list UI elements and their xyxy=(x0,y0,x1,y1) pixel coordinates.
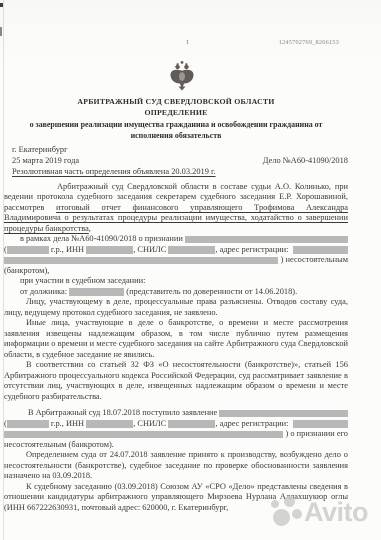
paragraph-rights-explained: Лицу, участвующему в деле, процессуальны… xyxy=(4,297,348,318)
avito-wordmark: Avito xyxy=(304,496,368,529)
redacted-inn-block xyxy=(86,246,133,254)
paragraph-article-32: В соответствии со статьей 32 ФЗ «О несос… xyxy=(4,360,348,402)
paragraph-text: , xyxy=(89,224,91,233)
participation-line: при участии в судебном заседании: xyxy=(4,276,348,287)
application-caption-line: В Арбитражный суд 18.07.2018 поступило з… xyxy=(4,408,348,419)
caption-text: г.р., ИНН xyxy=(49,245,86,256)
redacted-name-block xyxy=(185,236,348,244)
case-caption-line: ) несостоятельным xyxy=(4,255,348,266)
redacted-address-block xyxy=(293,420,348,428)
resolution-line: Резолютивная часть определения объявлена… xyxy=(4,166,348,177)
caption-text: г.р., ИНН xyxy=(49,419,86,430)
page-number: 1 xyxy=(186,39,189,46)
caption-text: от должника: xyxy=(20,287,69,298)
document-id: 1245702769_8266153 xyxy=(279,39,339,46)
caption-text: , адрес регистрации: xyxy=(215,419,290,430)
application-caption-line: ) о признании его xyxy=(4,429,348,440)
caption-text: В Арбитражный суд 18.07.2018 поступило з… xyxy=(28,408,217,419)
scan-edge-mark xyxy=(0,27,2,36)
court-name: АРБИТРАЖНЫЙ СУД СВЕРДЛОВСКОЙ ОБЛАСТИ xyxy=(4,96,348,107)
scan-edge-mark xyxy=(0,3,3,7)
case-number: Дело №А60-41090/2018 xyxy=(263,155,348,166)
redacted-name-block xyxy=(219,410,348,418)
document-type-title: ОПРЕДЕЛЕНИЕ xyxy=(4,107,348,119)
redacted-birthdate-block xyxy=(7,420,49,428)
caption-text: в рамках дела №А60-41090/2018 о признани… xyxy=(20,234,183,245)
watermark: Avito xyxy=(271,496,368,529)
application-caption-line: ( г.р., ИНН , СНИЛС , адрес регистрации: xyxy=(4,419,348,430)
date-case-row: 25 марта 2019 года Дело №А60-41090/2018 xyxy=(4,155,348,166)
coat-of-arms-icon xyxy=(169,60,195,92)
document-date: 25 марта 2019 года xyxy=(12,155,79,166)
redacted-address-block xyxy=(293,246,348,254)
redacted-snils-block xyxy=(168,246,215,254)
bankrupt-line: (банкротом), xyxy=(4,266,348,277)
redacted-snils-block xyxy=(168,420,215,428)
document-body: АРБИТРАЖНЫЙ СУД СВЕРДЛОВСКОЙ ОБЛАСТИ ОПР… xyxy=(4,96,348,513)
caption-text: ) о признании его xyxy=(286,429,349,440)
redacted-inn-block xyxy=(86,420,133,428)
scanned-court-document: 1 1245702769_8266153 АРБИТРАЖНЫЙ СУД СВЕ… xyxy=(0,0,381,540)
paragraph-other-persons: Иные лица, участвующие в деле о банкротс… xyxy=(4,318,348,360)
redacted-representative-block xyxy=(69,288,124,296)
paragraph-court-composition: Арбитражный суд Свердловской области в с… xyxy=(4,182,348,235)
document-subtitle: о завершении реализации имущества гражда… xyxy=(4,119,348,141)
redacted-address-block xyxy=(4,431,283,439)
caption-text: (представитель по доверенности от 14.06.… xyxy=(124,287,297,298)
paragraph-case-initiated: Определением суда от 24.07.2018 заявлени… xyxy=(4,450,348,482)
caption-text: , СНИЛС xyxy=(133,419,168,430)
redacted-birthdate-block xyxy=(7,246,49,254)
caption-text: , адрес регистрации: xyxy=(215,245,290,256)
city-line: г. Екатеринбург xyxy=(4,144,348,155)
redacted-address-block xyxy=(4,257,278,265)
underlined-report-text: итоговый отчет финансового управляющего … xyxy=(4,203,348,233)
caption-text: , СНИЛС xyxy=(133,245,168,256)
bankrupt-line: несостоятельным (банкротом). xyxy=(4,440,348,451)
case-caption-line: ( г.р., ИНН , СНИЛС , адрес регистрации: xyxy=(4,245,348,256)
caption-text: ) несостоятельным xyxy=(281,255,348,266)
avito-logo-icon xyxy=(271,496,303,529)
debtor-line: от должника: (представитель по доверенно… xyxy=(4,287,348,298)
case-caption-line: в рамках дела №А60-41090/2018 о признани… xyxy=(4,234,348,245)
